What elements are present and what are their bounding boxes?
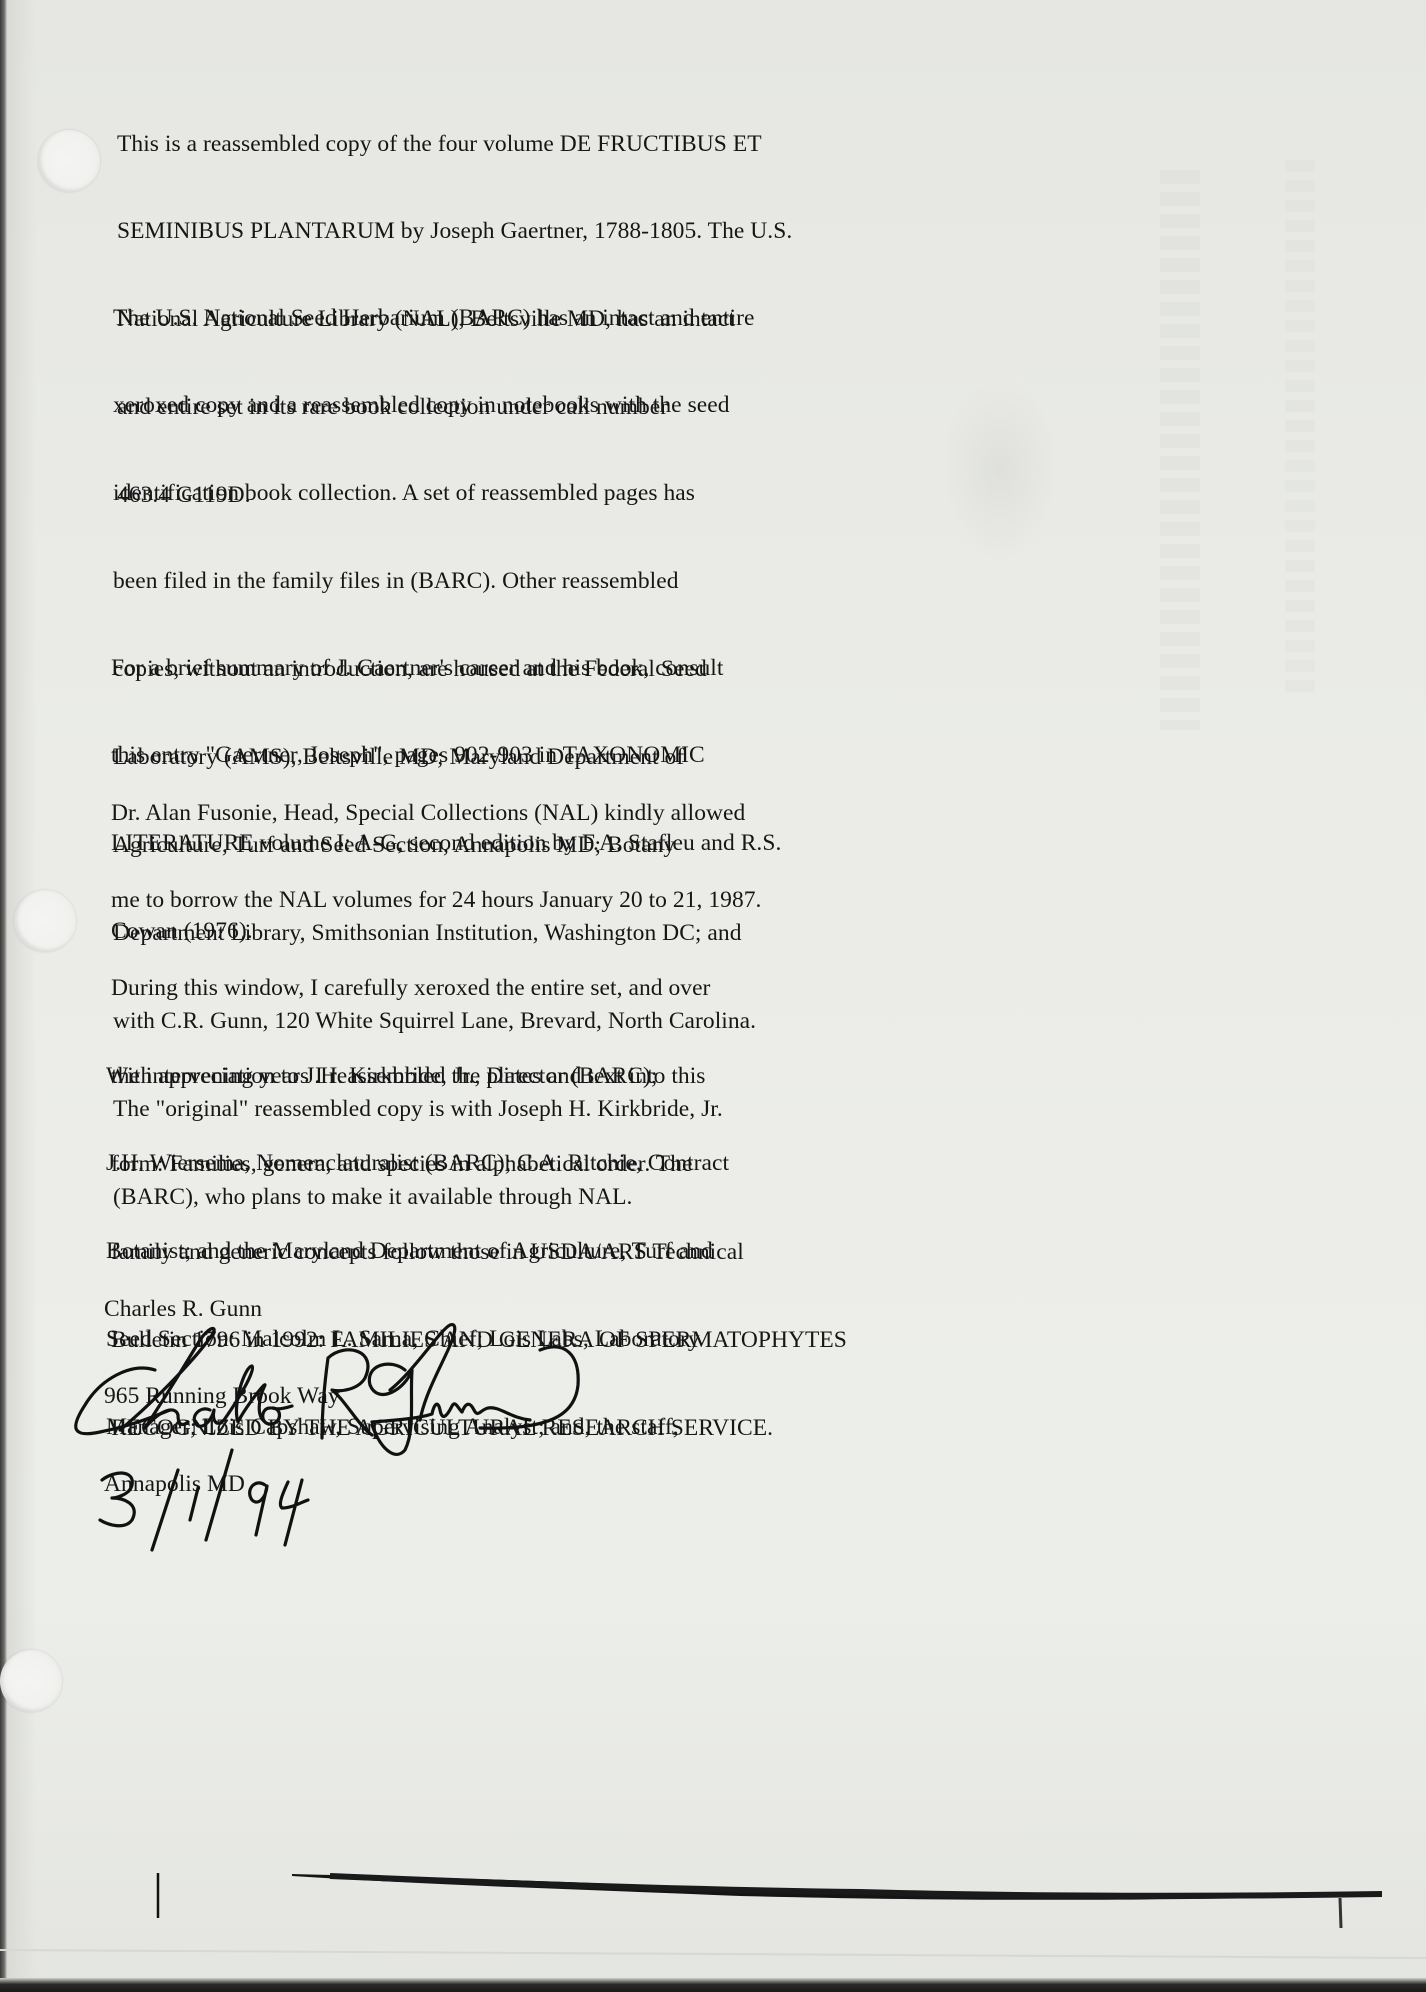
- text-line: During this window, I carefully xeroxed …: [111, 974, 847, 1003]
- handwritten-signature: Charles R Gunn: [60, 1310, 720, 1560]
- scanner-bottom-edge: [0, 1978, 1426, 1992]
- text-line: xeroxed copy and a reassembled copy in n…: [113, 391, 756, 420]
- text-line: me to borrow the NAL volumes for 24 hour…: [111, 886, 847, 915]
- copier-edge-line: [0, 1840, 1426, 1992]
- text-line: This is a reassembled copy of the four v…: [117, 130, 792, 159]
- bleed-through-illustration: [940, 380, 1060, 560]
- text-line: been filed in the family files in (BARC)…: [113, 567, 756, 596]
- text-line: J.H. Wiersema, Nomenclaturalist (BARC); …: [106, 1149, 729, 1178]
- bleed-through-text: [1160, 170, 1200, 730]
- text-line: identification book collection. A set of…: [113, 479, 756, 508]
- text-line: SEMINIBUS PLANTARUM by Joseph Gaertner, …: [117, 217, 792, 246]
- scanned-page: This is a reassembled copy of the four v…: [0, 0, 1426, 1992]
- text-line: With appreciation to J.H. Kirkbride, Jr.…: [106, 1062, 729, 1091]
- punch-hole-reinforcement: [38, 130, 100, 192]
- bleed-through-text: [1285, 160, 1315, 700]
- punch-hole-reinforcement: [0, 1650, 62, 1712]
- text-line: The U.S. National Seed Herbarium (BARC) …: [113, 304, 756, 333]
- text-line: Dr. Alan Fusonie, Head, Special Collecti…: [111, 799, 847, 828]
- punch-hole-reinforcement: [14, 890, 76, 952]
- text-line: For a brief summary of J. Gaertner's car…: [111, 654, 781, 683]
